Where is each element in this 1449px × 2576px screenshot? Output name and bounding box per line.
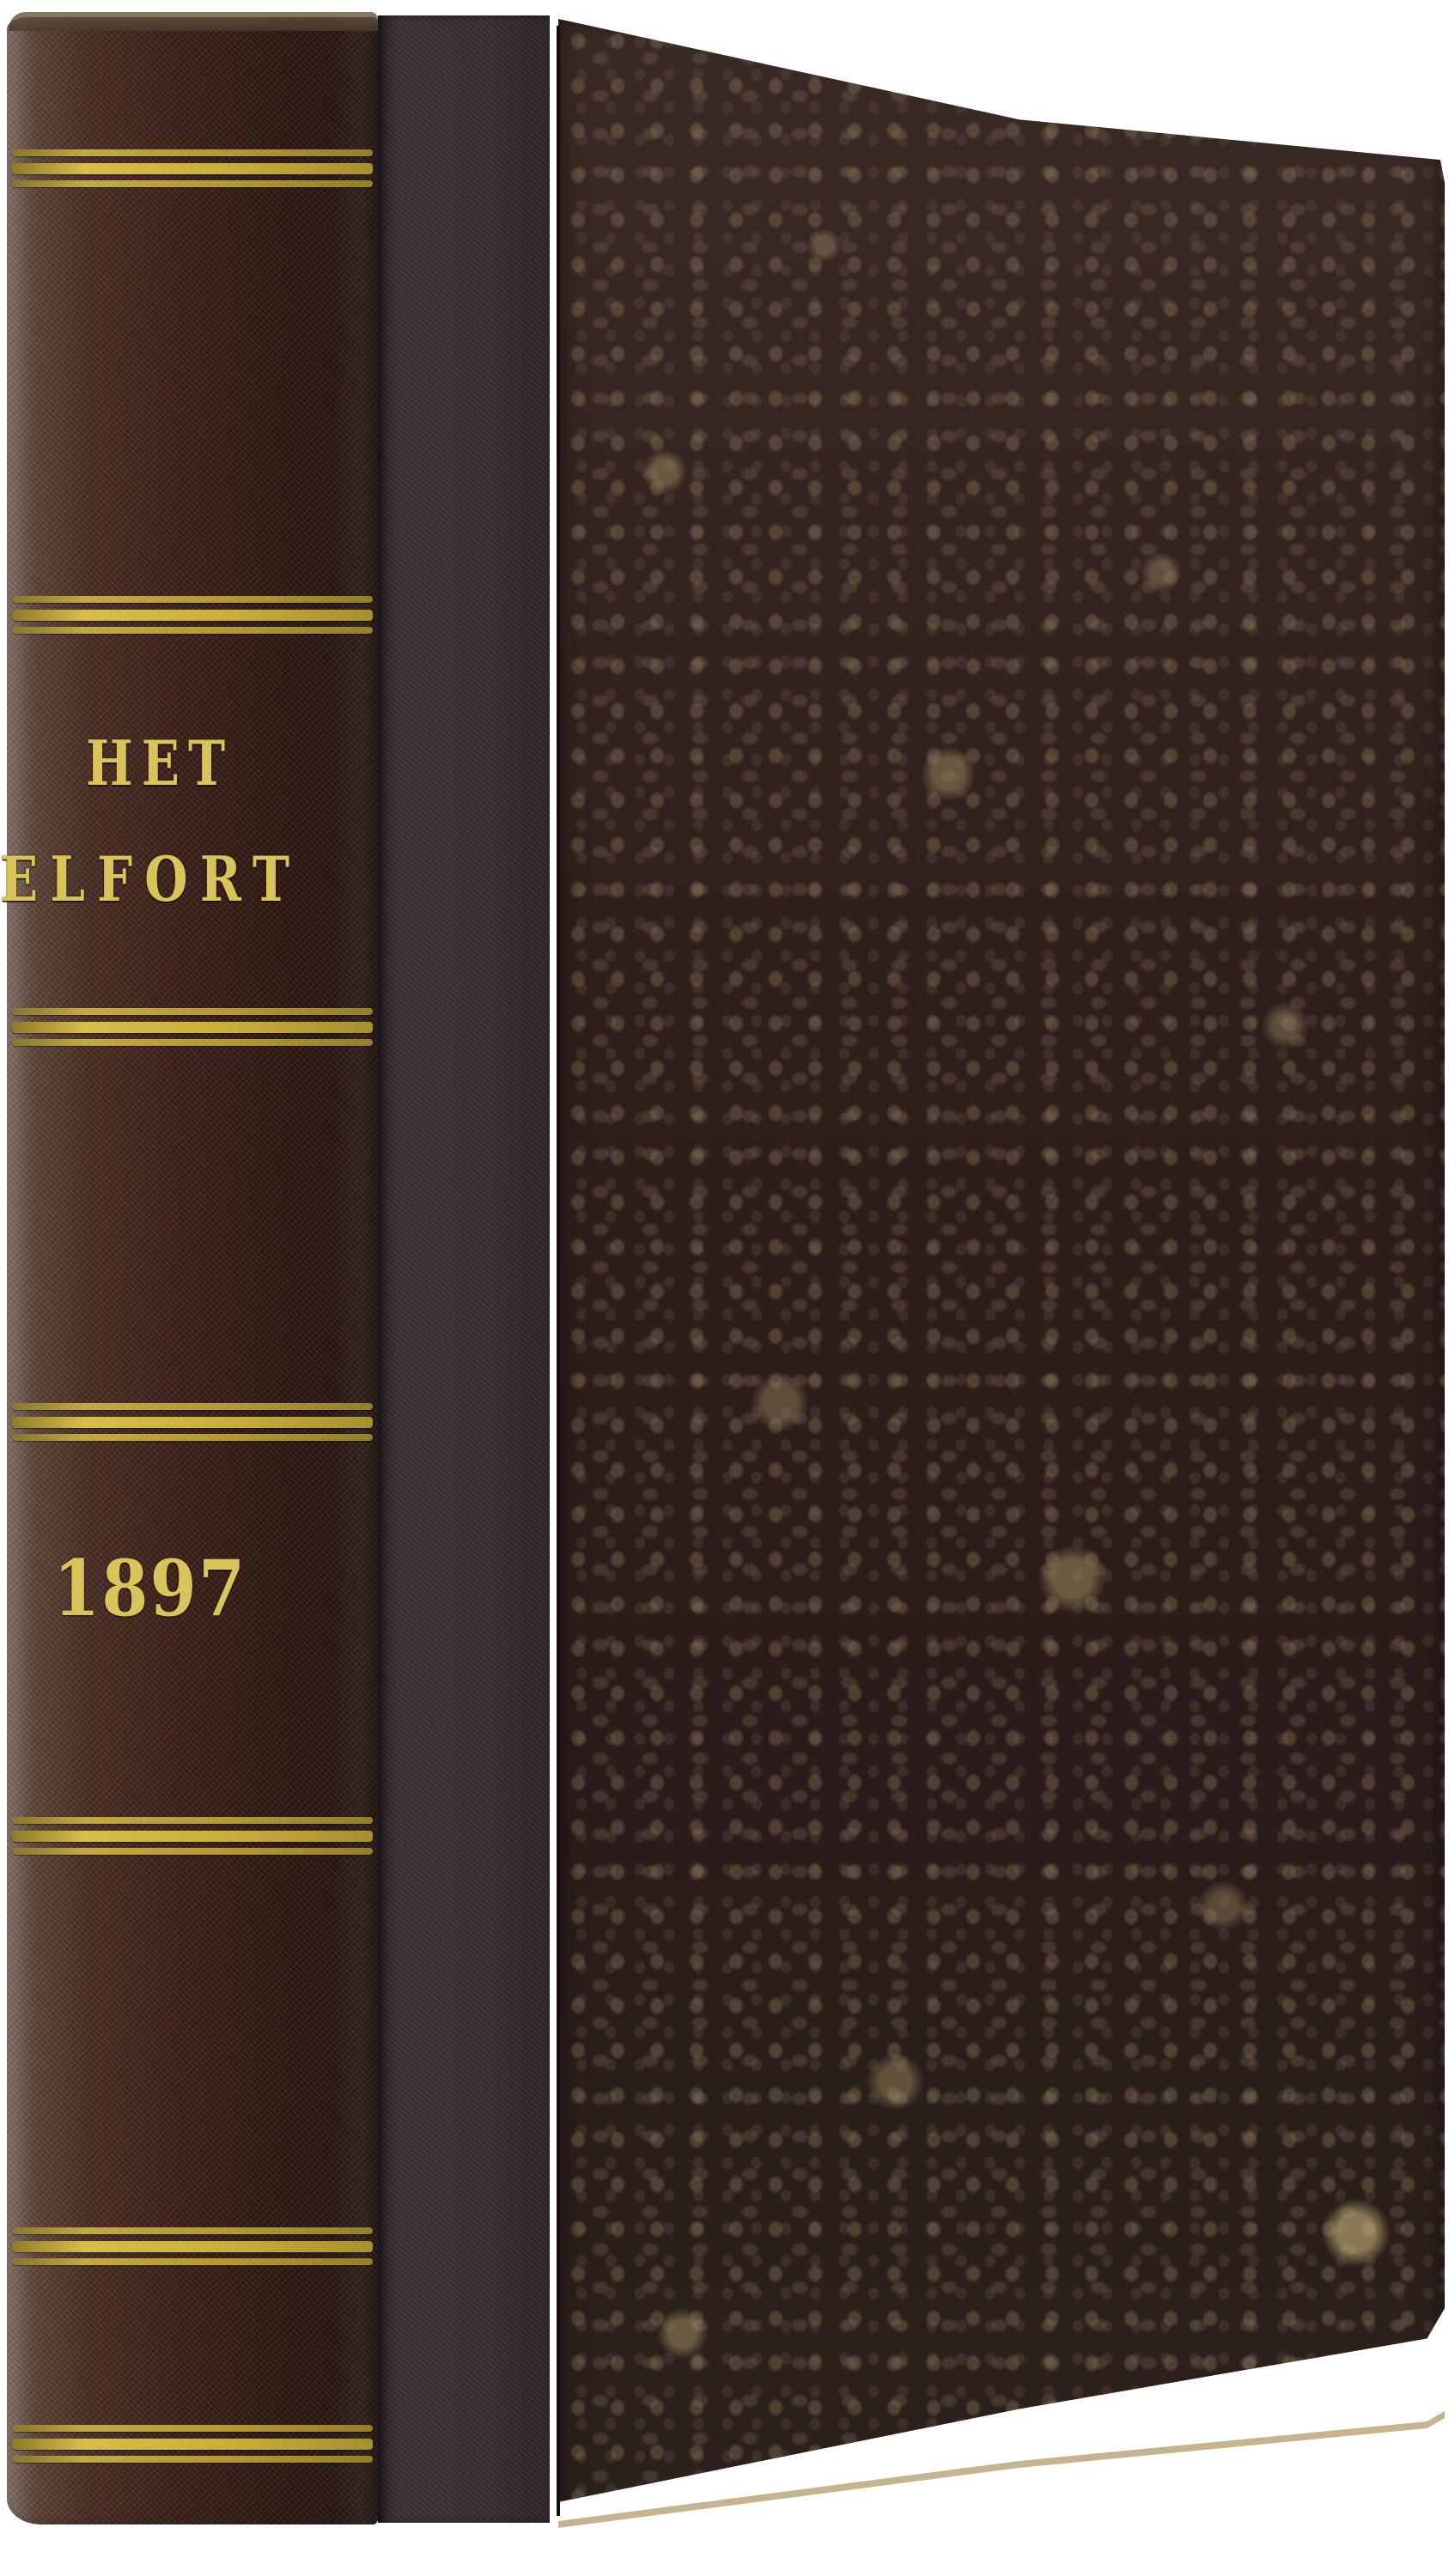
book-spine	[7, 17, 378, 2524]
book: HET ELFORT 1897	[0, 0, 1449, 2576]
gilt-band-4	[12, 1400, 373, 1446]
spine-title-line-2: ELFORT	[0, 843, 361, 916]
spine-headcap	[9, 12, 378, 31]
gilt-band-5	[12, 1814, 373, 1860]
gilt-band-6	[12, 2224, 373, 2270]
spine-year: 1897	[53, 1544, 414, 1634]
marbled-front-board	[558, 19, 1445, 2535]
gilt-band-1	[12, 146, 373, 192]
gilt-band-3	[12, 1005, 373, 1051]
gilt-band-2	[12, 592, 373, 639]
cloth-hinge	[378, 15, 550, 2523]
gilt-band-7	[12, 2421, 373, 2468]
hinge-crease	[557, 26, 560, 2516]
